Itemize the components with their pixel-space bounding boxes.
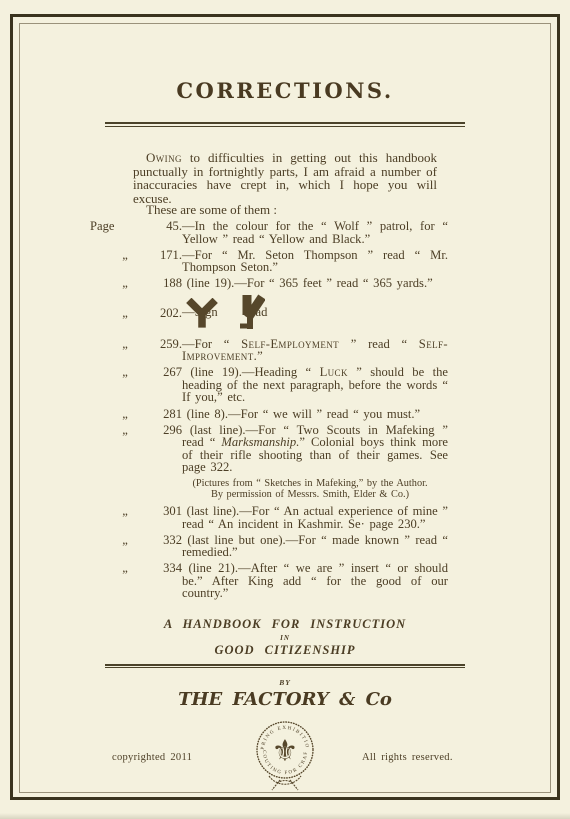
correction-entry: „202.—Signread [136,293,448,334]
page-number: 45. [160,220,182,233]
correction-entry: Page45.—In the colour for the “ Wolf ” p… [136,220,448,245]
correction-entry: „301 (last line).—For “ An actual experi… [136,505,448,530]
by-label: BY [0,678,570,687]
intro-paragraph: Owing to difficulties in getting out thi… [133,151,437,205]
imprint-rule [105,664,465,668]
scout-seal: SPRING EXHIBITION SCOUTING FOR CRAFT ⚜ [239,708,331,792]
correction-text: (last line but one).—For “ made known ” … [182,533,448,560]
correction-entry: „332 (last line but one).—For “ made kno… [136,534,448,559]
ditto-mark: „ [136,534,160,547]
correction-entry: „259.—For “ Self-Employment ” read “ Sel… [136,338,448,363]
corrections-list: Page45.—In the colour for the “ Wolf ” p… [136,220,448,604]
correction-entry: „171.—For “ Mr. Seton Thompson ” read “ … [136,249,448,274]
correction-text: (line 21).—After “ we are ” insert “ or … [182,561,448,600]
ditto-mark: „ [136,277,160,290]
ditto-mark: „ [136,366,160,379]
page-number: 267 [160,366,182,379]
imprint-line2: IN [0,634,570,642]
copyright-text: copyrighted 2011 [112,752,192,763]
ditto-mark: „ [136,424,160,437]
ditto-mark: „ [136,249,160,262]
pictures-note: (Pictures from “ Sketches in Mafeking,” … [136,478,448,500]
page-number: 281 [160,408,182,421]
ditto-mark: „ [136,562,160,575]
ditto-mark: „ [136,505,160,518]
page-number: 334 [160,562,182,575]
correction-text: ” read “ [339,337,419,351]
correction-text: (line 8).—For “ we will ” read “ you mus… [182,407,420,421]
imprint-line1: A HANDBOOK FOR INSTRUCTION [0,617,570,632]
title-rule [105,122,465,127]
imprint-line3: GOOD CITIZENSHIP [0,643,570,658]
page-number: 259. [160,338,182,351]
page-number: 332 [160,534,182,547]
correction-entry: „281 (line 8).—For “ we will ” read “ yo… [136,408,448,421]
rights-text: All rights reserved. [362,752,453,763]
page-title: CORRECTIONS. [0,78,570,103]
ditto-mark: „ [136,408,160,421]
correction-entry: „267 (line 19).—Heading “ Luck ” should … [136,366,448,404]
correction-text: —For “ Mr. Seton Thompson ” read “ Mr. T… [182,248,448,275]
page-number: 296 [160,424,182,437]
correction-entry: „296 (last line).—For “ Two Scouts in Ma… [136,424,448,474]
correction-entry: „188 (line 19).—For “ 365 feet ” read “ … [136,277,448,290]
page-number: 188 [160,277,182,290]
publisher-name: THE FACTORY & Co [0,689,570,710]
correction-text: (last line).—For “ An actual experience … [182,504,448,531]
page-number: 171. [160,249,182,262]
ditto-mark: „ [136,338,160,351]
correction-entry: „334 (line 21).—After “ we are ” insert … [136,562,448,600]
ditto-mark: Page [136,220,160,233]
page-number: 301 [160,505,182,518]
correction-text: (line 19).—For “ 365 feet ” read “ 365 y… [182,276,433,290]
ditto-mark: „ [136,307,160,320]
imprint-block: A HANDBOOK FOR INSTRUCTION IN GOOD CITIZ… [0,617,570,658]
list-heading: These are some of them : [146,202,277,218]
page-number: 202. [160,307,182,320]
correction-text: —In the colour for the “ Wolf ” patrol, … [182,219,448,246]
fleur-de-lis-icon: ⚜ [272,734,299,769]
correction-text: ” [257,349,263,363]
corrections-page: CORRECTIONS. Owing to difficulties in ge… [0,0,570,819]
